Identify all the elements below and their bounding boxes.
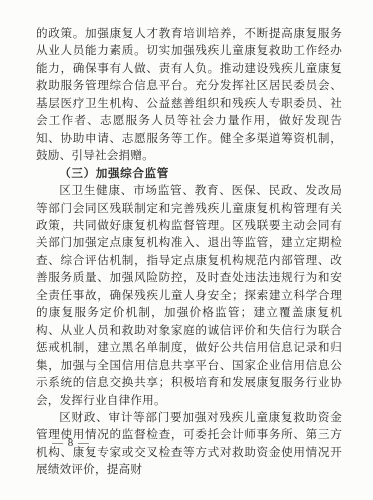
paragraph: 区卫生健康、市场监管、教育、医保、民政、发改局等部门会同区残联制定和完善残疾儿童…: [36, 182, 342, 409]
page-number: — 8 —: [52, 437, 90, 449]
document-page: 的政策。加强康复人才教育培训培养，不断提高康复服务从业人员能力素质。切实加强残疾…: [0, 0, 373, 500]
paragraph: 的政策。加强康复人才教育培训培养，不断提高康复服务从业人员能力素质。切实加强残疾…: [36, 25, 342, 165]
section-heading: （三）加强综合监管: [36, 165, 342, 182]
document-body: 的政策。加强康复人才教育培训培养，不断提高康复服务从业人员能力素质。切实加强残疾…: [36, 25, 342, 479]
